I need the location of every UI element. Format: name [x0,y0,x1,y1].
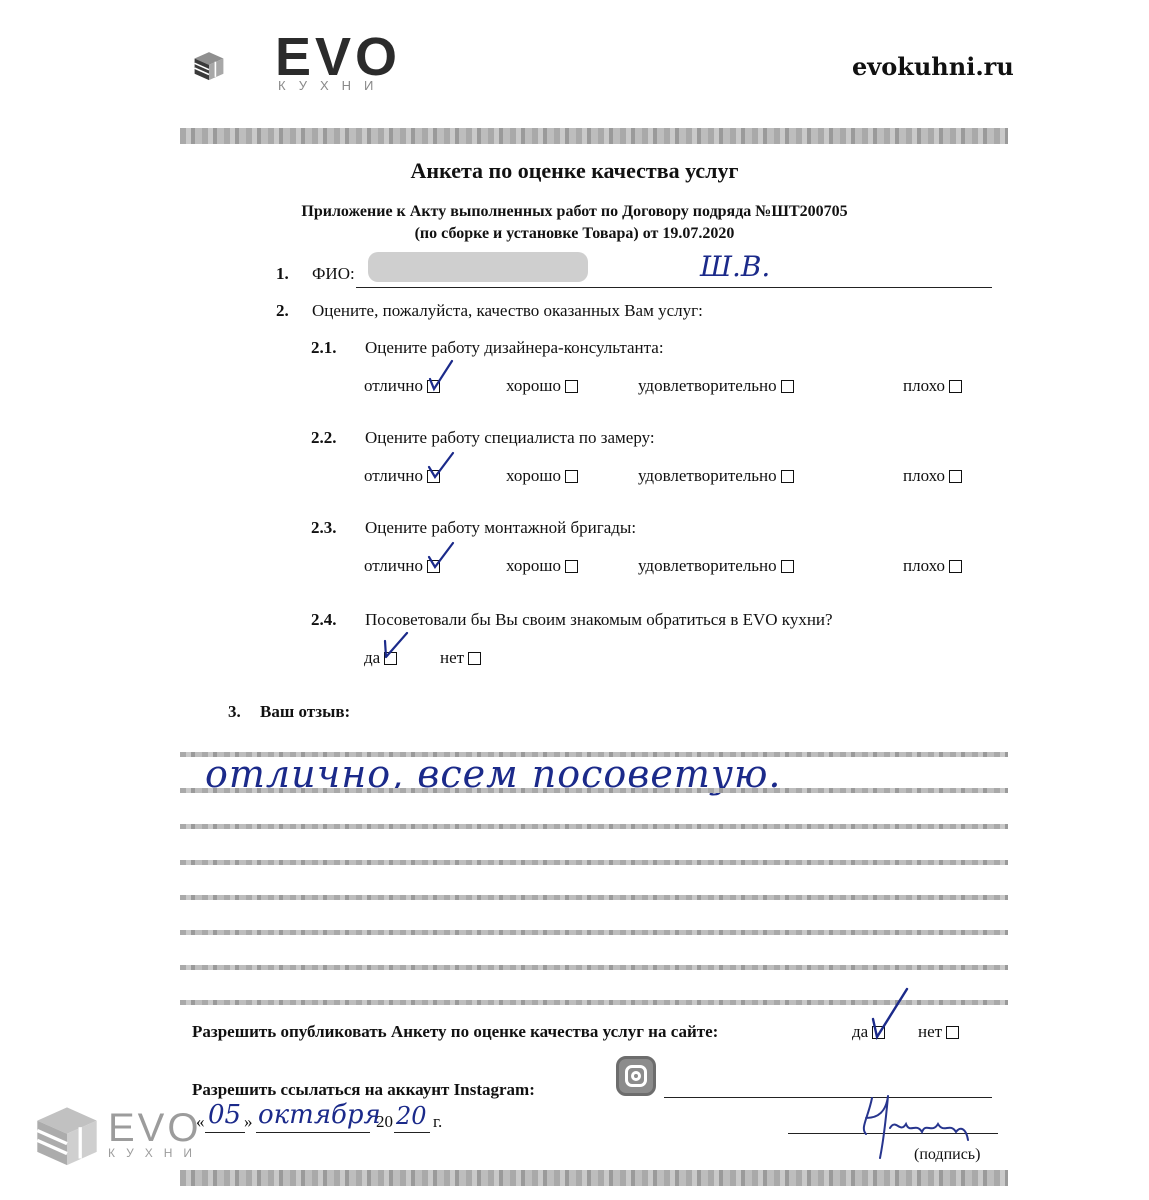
review-line [180,1000,1008,1005]
q22-option-satisfactory[interactable]: удовлетворительно [638,466,794,486]
q1-number: 1. [276,264,289,284]
q23-number: 2.3. [311,518,337,538]
page-title: Анкета по оценке качества услуг [0,158,1149,184]
redacted-name [368,252,588,282]
subtitle-line-2: (по сборке и установке Товара) от 19.07.… [0,223,1149,245]
checkbox[interactable] [468,652,481,665]
review-line [180,788,1008,793]
watermark-wordmark: EVO [108,1106,201,1151]
option-label: хорошо [506,376,561,396]
checkbox[interactable] [781,380,794,393]
date-month[interactable]: октября [258,1100,381,1130]
handwritten-check-icon [871,987,911,1041]
handwritten-check-icon [383,631,413,665]
q23-label: Оцените работу монтажной бригады: [365,518,636,538]
header-divider [180,128,1008,144]
checkbox[interactable] [781,470,794,483]
handwritten-check-icon [426,539,456,573]
option-label: удовлетворительно [638,466,777,486]
checkbox[interactable] [949,560,962,573]
page-subtitle: Приложение к Акту выполненных работ по Д… [0,201,1149,245]
checkbox[interactable] [565,380,578,393]
checkbox-checked[interactable] [427,560,440,573]
option-label: отлично [364,376,423,396]
checkbox-checked[interactable] [427,380,440,393]
option-label: отлично [364,556,423,576]
q1-label: ФИО: [312,264,355,284]
checkbox[interactable] [949,380,962,393]
handwritten-check-icon [426,449,456,483]
fio-field[interactable] [356,287,992,288]
option-label: да [364,648,380,668]
checkbox[interactable] [781,560,794,573]
q24-label: Посоветовали бы Вы своим знакомым обрати… [365,610,833,630]
checkbox[interactable] [565,560,578,573]
option-label: отлично [364,466,423,486]
date-year-prefix: 20 [376,1112,393,1132]
date-day[interactable]: 05 [208,1100,241,1130]
watermark-subtitle: КУХНИ [108,1146,203,1160]
publish-option-no[interactable]: нет [918,1022,959,1042]
option-label: удовлетворительно [638,556,777,576]
review-line [180,965,1008,970]
option-label: плохо [903,376,945,396]
option-label: хорошо [506,556,561,576]
date-close-quote: » [244,1112,253,1132]
date-year-line [394,1132,430,1133]
option-label: плохо [903,556,945,576]
date-year[interactable]: 20 [396,1102,427,1130]
logo-subtitle: КУХНИ [278,78,386,93]
review-line [180,895,1008,900]
q3-label: Ваш отзыв: [260,702,350,722]
q21-option-satisfactory[interactable]: удовлетворительно [638,376,794,396]
option-label: нет [918,1022,942,1042]
option-label: нет [440,648,464,668]
checkbox-checked[interactable] [427,470,440,483]
q23-option-excellent[interactable]: отлично [364,556,440,576]
fio-handwritten-initials: Ш.В. [700,250,770,283]
website-link[interactable]: evokuhni.ru [852,52,1014,81]
q23-option-good[interactable]: хорошо [506,556,578,576]
handwritten-check-icon [426,359,456,393]
q22-label: Оцените работу специалиста по замеру: [365,428,655,448]
checkbox[interactable] [946,1026,959,1039]
review-line [180,930,1008,935]
date-month-line [256,1132,370,1133]
option-label: удовлетворительно [638,376,777,396]
q22-number: 2.2. [311,428,337,448]
review-line [180,824,1008,829]
q23-option-satisfactory[interactable]: удовлетворительно [638,556,794,576]
checkbox[interactable] [565,470,578,483]
publish-label: Разрешить опубликовать Анкету по оценке … [192,1022,718,1042]
review-line [180,860,1008,865]
publish-option-yes[interactable]: да [852,1022,885,1042]
checkbox-checked[interactable] [872,1026,885,1039]
q22-option-good[interactable]: хорошо [506,466,578,486]
q2-number: 2. [276,301,289,321]
option-label: плохо [903,466,945,486]
evo-logo-cube-icon [193,28,273,103]
signature-caption: (подпись) [914,1146,980,1164]
option-label: хорошо [506,466,561,486]
subtitle-line-1: Приложение к Акту выполненных работ по Д… [0,201,1149,223]
q24-option-yes[interactable]: да [364,648,397,668]
q3-number: 3. [228,702,241,722]
q21-label: Оцените работу дизайнера-консультанта: [365,338,664,358]
q21-option-bad[interactable]: плохо [903,376,962,396]
q21-number: 2.1. [311,338,337,358]
date-day-line [205,1132,245,1133]
instagram-icon [616,1056,656,1096]
q21-option-good[interactable]: хорошо [506,376,578,396]
watermark-cube-icon [34,1102,100,1168]
checkbox-checked[interactable] [384,652,397,665]
option-label: да [852,1022,868,1042]
instagram-label: Разрешить ссылаться на аккаунт Instagram… [192,1080,535,1100]
q2-label: Оцените, пожалуйста, качество оказанных … [312,301,703,321]
q24-option-no[interactable]: нет [440,648,481,668]
checkbox[interactable] [949,470,962,483]
q22-option-excellent[interactable]: отлично [364,466,440,486]
q23-option-bad[interactable]: плохо [903,556,962,576]
q24-number: 2.4. [311,610,337,630]
q22-option-bad[interactable]: плохо [903,466,962,486]
q21-option-excellent[interactable]: отлично [364,376,440,396]
date-suffix: г. [433,1112,442,1132]
footer-divider [180,1170,1008,1186]
